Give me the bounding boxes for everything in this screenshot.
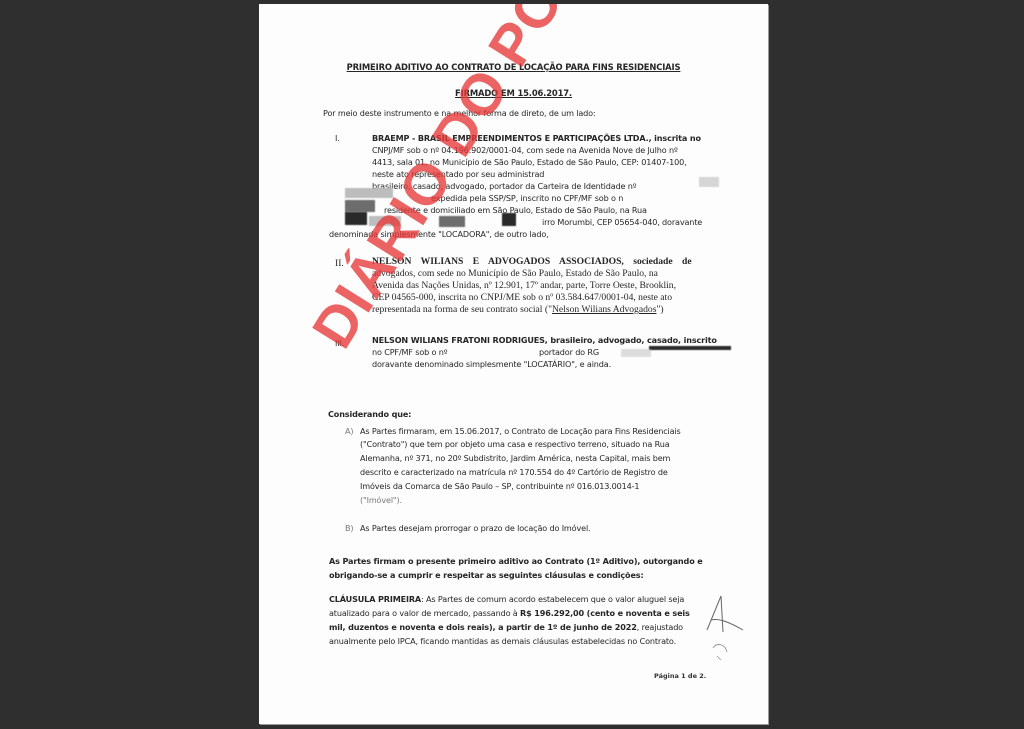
document-subtitle: FIRMADO EM 15.06.2017. (259, 88, 768, 98)
party-number: II. (335, 258, 344, 269)
text-fragment: mil, duzentos e noventa e dois reais), a… (329, 622, 637, 632)
firm-short-name: Nelson Wilians Advogados (552, 304, 656, 315)
redaction-block (439, 216, 465, 227)
page-number: Página 1 de 2. (654, 672, 706, 680)
agreement-line: obrigando-se a cumprir e respeitar as se… (329, 570, 644, 580)
consideration-letter: B) (345, 523, 353, 533)
consideration-line: ("Contrato") que tem por objeto uma casa… (360, 439, 670, 449)
intro-text: Por meio deste instrumento e na melhor f… (323, 108, 596, 118)
text-fragment: NELSON WILIANS FRATONI RODRIGUES, brasil… (372, 335, 717, 345)
party-text-line: Avenida das Nações Unidas, nº 12.901, 17… (372, 280, 676, 291)
clause-line: anualmente pelo IPCA, ficando mantidas a… (329, 636, 676, 646)
redaction-block (699, 177, 719, 187)
redaction-block (369, 216, 401, 226)
party-text-line: portador do RG (539, 347, 599, 357)
clause-label: CLÁUSULA PRIMEIRA (329, 594, 421, 604)
redaction-block (345, 200, 375, 212)
text-fragment: ") (656, 304, 663, 315)
redaction-line (649, 346, 731, 350)
agreement-line: As Partes firmam o presente primeiro adi… (329, 556, 703, 566)
consideration-line: Alemanha, nº 371, no 20º Subdistrito, Ja… (360, 453, 670, 463)
party-text-line: 4413, sala 01, no Município de São Paulo… (372, 157, 687, 167)
consideration-line: Imóveis da Comarca de São Paulo – SP, co… (360, 481, 639, 491)
party-number: III. (335, 338, 344, 348)
document-page: PRIMEIRO ADITIVO AO CONTRATO DE LOCAÇÃO … (259, 4, 768, 724)
redaction-block (345, 188, 393, 198)
party-text-line: brasileiro, casado, advogado, portador d… (372, 181, 636, 191)
considering-heading: Considerando que: (328, 409, 411, 419)
redaction-block (502, 213, 516, 226)
party-text-line: denominada simplesmente "LOCADORA", de o… (329, 229, 549, 239)
party-text-line: doravante denominado simplesmente "LOCAT… (372, 359, 611, 369)
clause-line: CLÁUSULA PRIMEIRA: As Partes de comum ac… (329, 594, 684, 604)
party-text-line: advogados, com sede no Município de São … (372, 268, 658, 279)
party-text-line: CEP 04565-000, inscrita no CNPJ/ME sob o… (372, 292, 672, 303)
party-number: I. (335, 133, 340, 143)
clause-line: mil, duzentos e noventa e dois reais), a… (329, 622, 683, 632)
text-fragment: atualizado para o valor de mercado, pass… (329, 608, 520, 618)
consideration-line: ("Imóvel"). (360, 495, 402, 505)
redaction-block (621, 349, 651, 357)
party-text-line: representada na forma de seu contrato so… (372, 304, 664, 315)
party-text-line: no CPF/MF sob o nº (372, 347, 447, 357)
document-title: PRIMEIRO ADITIVO AO CONTRATO DE LOCAÇÃO … (259, 62, 768, 72)
consideration-letter: A) (345, 426, 353, 436)
rent-value: R$ 196.292,00 (cento e noventa e seis (520, 608, 690, 618)
party-text-line: BRAEMP - BRASIL EMPREENDIMENTOS E PARTIC… (372, 133, 724, 143)
text-fragment: : As Partes de comum acordo estabelecem … (421, 594, 684, 604)
party-text-line: NELSON WILIANS FRATONI RODRIGUES, brasil… (372, 335, 717, 345)
signature-initials (699, 590, 749, 670)
redaction-block (345, 212, 367, 225)
consideration-line: As Partes firmaram, em 15.06.2017, o Con… (360, 426, 681, 436)
party-text-line: CNPJ/MF sob o nº 04.196.902/0001-04, com… (372, 145, 678, 155)
party-text-line: neste ato representado por seu administr… (372, 169, 544, 179)
party-text-line: NELSON WILIANS E ADVOGADOS ASSOCIADOS, s… (372, 256, 724, 267)
party-text-line: expedida pela SSP/SP, inscrito no CPF/MF… (431, 193, 623, 203)
consideration-line: descrito e caracterizado na matrícula nº… (360, 467, 668, 477)
text-fragment: representada na forma de seu contrato so… (372, 304, 552, 315)
consideration-line: As Partes desejam prorrogar o prazo de l… (360, 523, 590, 533)
clause-line: atualizado para o valor de mercado, pass… (329, 608, 690, 618)
party-text-line: irro Morumbi, CEP 05654-040, doravante (542, 217, 702, 227)
text-fragment: , reajustado (637, 622, 683, 632)
